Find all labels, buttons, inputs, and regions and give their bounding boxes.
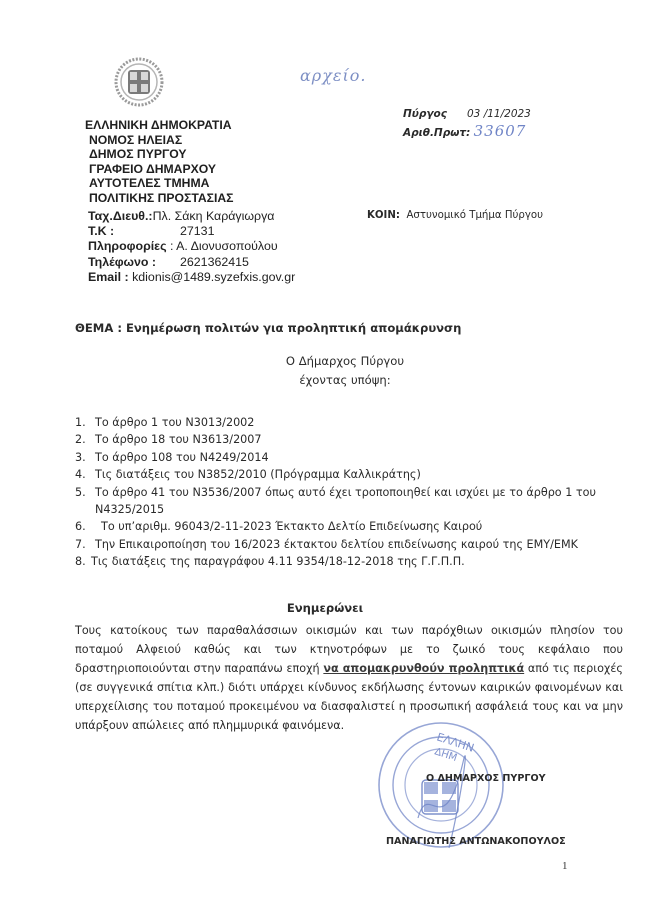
- contact-block: Ταχ.Διευθ.:Πλ. Σάκη Καράγιωργα Τ.Κ :2713…: [88, 209, 295, 285]
- list-item: 5.Το άρθρο 41 του Ν3536/2007 όπως αυτό έ…: [75, 484, 615, 519]
- protocol-label: Αριθ.Πρωτ:: [403, 127, 470, 139]
- cc-line: ΚΟΙΝ: Αστυνομικό Τμήμα Πύργου: [367, 210, 543, 221]
- place-date-block: Πύργος03 /11/2023 Αριθ.Πρωτ: 33607: [403, 106, 531, 142]
- list-item: 7.Την Επικαιροποίηση του 16/2023 έκτακτο…: [75, 536, 615, 553]
- protocol-number: 33607: [474, 122, 527, 140]
- info-value: : Α. Διονυσοπούλου: [170, 239, 278, 253]
- official-stamp-icon: ΕΛΛΗΝ ΔΗΜ: [374, 718, 509, 853]
- list-item: 4.Τις διατάξεις του Ν3852/2010 (Πρόγραμμ…: [75, 466, 615, 483]
- signature-name: ΠΑΝΑΓΙΩΤΗΣ ΑΝΤΩΝΑΚΟΠΟΥΛΟΣ: [386, 836, 566, 847]
- handwritten-note: αρχείο.: [300, 66, 366, 85]
- signature-title: Ο ΔΗΜΑΡΧΟΣ ΠΥΡΓΟΥ: [426, 773, 546, 784]
- list-item: 1.Το άρθρο 1 του Ν3013/2002: [75, 414, 615, 431]
- notice-body: Τους κατοίκους των παραθαλάσσιων οικισμώ…: [75, 621, 623, 735]
- list-item: 8.Τις διατάξεις της παραγράφου 4.11 9354…: [75, 553, 615, 570]
- list-item: 2.Το άρθρο 18 του Ν3613/2007: [75, 431, 615, 448]
- subject-line: ΘΕΜΑ : Ενημέρωση πολιτών για προληπτική …: [75, 321, 461, 335]
- list-item: 6.Το υπ’αριθμ. 96043/2-11-2023 Έκτακτο Δ…: [75, 518, 615, 535]
- mayor-line: Ο Δήμαρχος Πύργου: [40, 352, 650, 371]
- email-value[interactable]: kdionis@1489.syzefxis.gov.gr: [132, 270, 295, 284]
- postal-label: Τ.Κ :: [88, 224, 150, 239]
- cc-label: ΚΟΙΝ:: [367, 210, 400, 221]
- considerations-list: 1.Το άρθρο 1 του Ν3013/2002 2.Το άρθρο 1…: [75, 414, 615, 571]
- header-line: ΔΗΜΟΣ ΠΥΡΓΟΥ: [85, 147, 233, 162]
- header-line: ΑΥΤΟΤΕΛΕΣ ΤΜΗΜΑ: [85, 176, 233, 191]
- date: 03 /11/2023: [467, 108, 531, 120]
- address-value: Πλ. Σάκη Καράγιωργα: [153, 209, 275, 223]
- page-number: 1: [562, 860, 568, 872]
- evacuation-emphasis: να απομακρυνθούν προληπτικά: [323, 662, 524, 675]
- coat-of-arms-icon: [114, 57, 164, 107]
- considering-line: έχοντας υπόψη:: [40, 371, 650, 390]
- header-line: ΓΡΑΦΕΙΟ ΔΗΜΑΡΧΟΥ: [85, 162, 233, 177]
- address-label: Ταχ.Διευθ.:: [88, 209, 153, 223]
- issuer-header: ΕΛΛΗΝΙΚΗ ΔΗΜΟΚΡΑΤΙΑ ΝΟΜΟΣ ΗΛΕΙΑΣ ΔΗΜΟΣ Π…: [85, 118, 233, 206]
- header-line: ΠΟΛΙΤΙΚΗΣ ΠΡΟΣΤΑΣΙΑΣ: [85, 191, 233, 206]
- cc-value: Αστυνομικό Τμήμα Πύργου: [406, 210, 543, 221]
- mayor-intro: Ο Δήμαρχος Πύργου έχοντας υπόψη:: [0, 352, 650, 390]
- postal-value: 27131: [150, 224, 214, 238]
- info-label: Πληροφορίες: [88, 239, 167, 253]
- header-line: ΕΛΛΗΝΙΚΗ ΔΗΜΟΚΡΑΤΙΑ: [85, 118, 233, 133]
- header-line: ΝΟΜΟΣ ΗΛΕΙΑΣ: [85, 133, 233, 148]
- list-item: 3.Το άρθρο 108 του Ν4249/2014: [75, 449, 615, 466]
- inform-heading: Ενημερώνει: [0, 601, 650, 615]
- email-label: Email :: [88, 270, 129, 284]
- phone-label: Τηλέφωνο :: [88, 255, 176, 270]
- phone-value: 2621362415: [176, 255, 249, 269]
- city: Πύργος: [403, 106, 467, 123]
